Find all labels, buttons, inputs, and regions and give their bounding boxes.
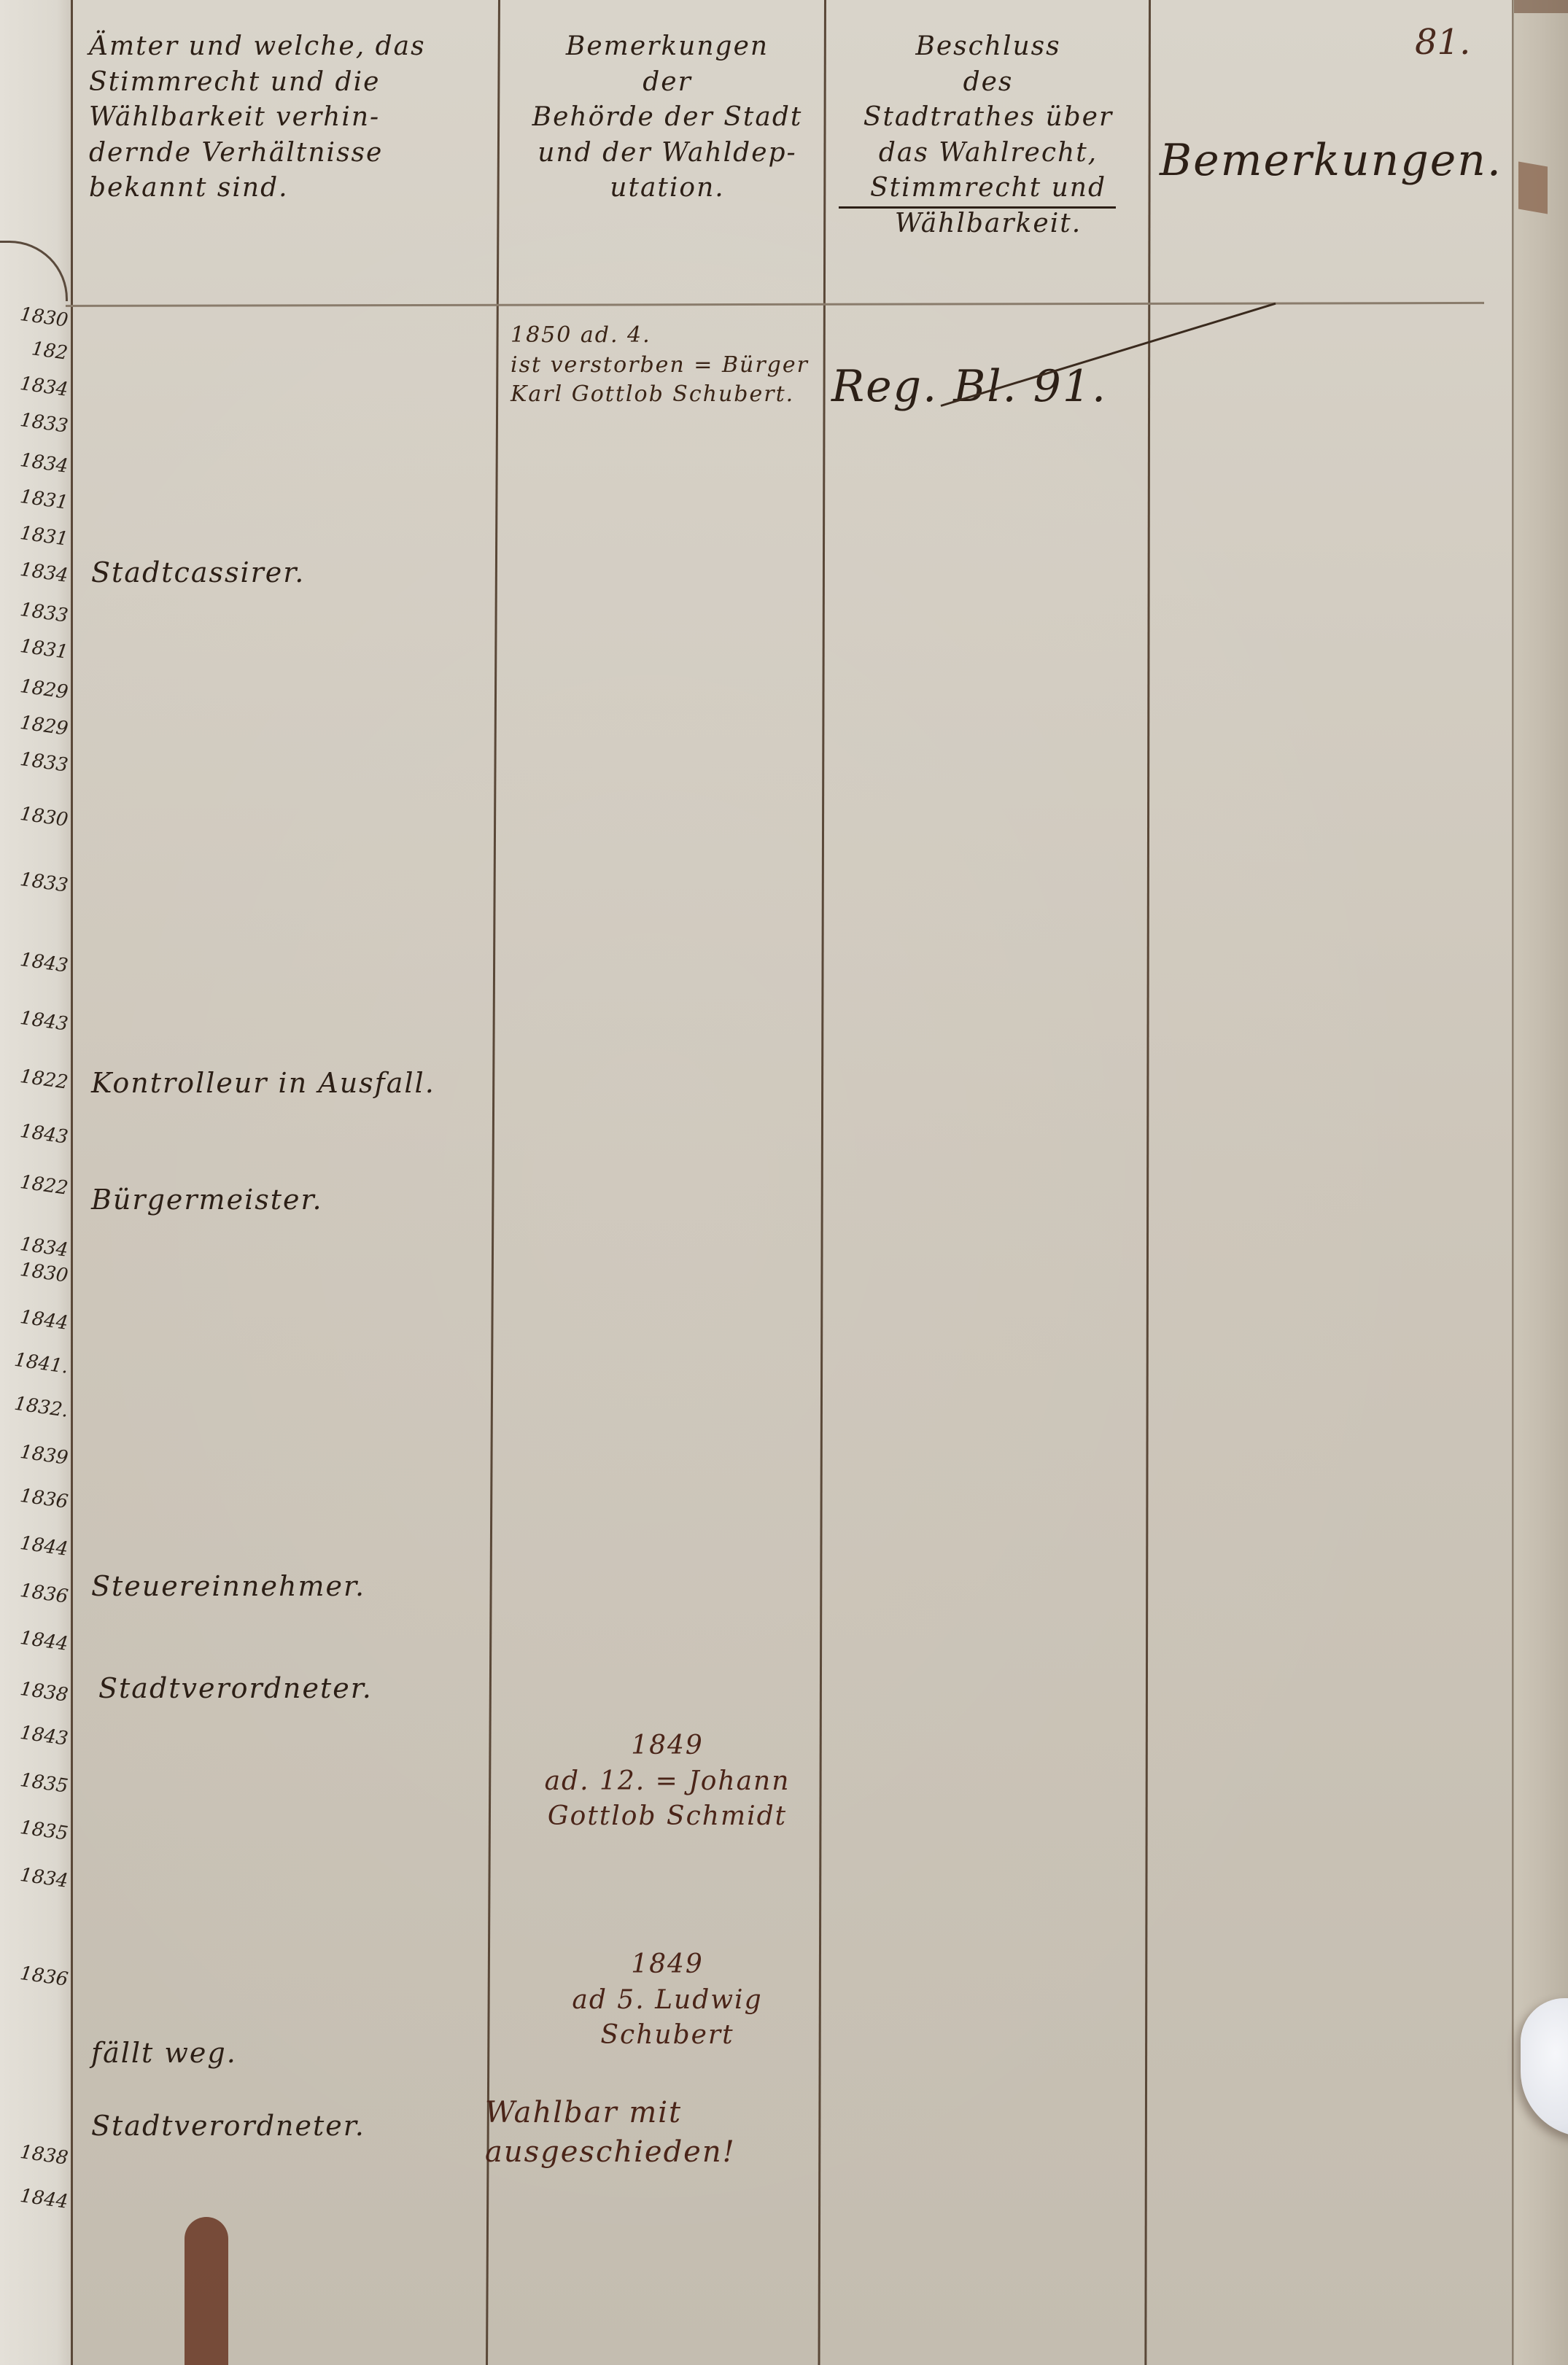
- column-header-council-decision: Beschluss des Stadtrathes über das Wahlr…: [831, 29, 1145, 242]
- margin-year: 1832.: [12, 1393, 69, 1422]
- authority-remark: 1849 ad. 12. = Johann Gottlob Schmidt: [511, 1728, 824, 1835]
- status-entry: Stadtverordneter.: [98, 1670, 373, 1707]
- margin-year: 1834: [18, 559, 69, 587]
- status-entry: fällt weg.: [91, 2035, 237, 2072]
- margin-year: 1844: [18, 1532, 69, 1561]
- margin-year: 1835: [18, 1769, 69, 1798]
- margin-year: 1831: [18, 486, 69, 514]
- column-header-remarks: Bemerkungen.: [1160, 131, 1466, 190]
- margin-year: 1831: [18, 635, 69, 664]
- ink-blot: [185, 2217, 228, 2365]
- paper-tab: [1518, 161, 1548, 214]
- margin-year: 1830: [18, 1259, 69, 1287]
- margin-year: 1834: [18, 1864, 69, 1892]
- margin-year: 1830: [18, 303, 69, 332]
- page-curl-line: [0, 241, 68, 301]
- margin-year: 1844: [18, 1627, 69, 1655]
- authority-remark: 1849 ad 5. Ludwig Schubert: [511, 1947, 824, 2054]
- margin-year: 1829: [18, 712, 69, 740]
- status-entry: Stadtcassirer.: [91, 554, 305, 591]
- margin-year: 1834: [18, 1233, 69, 1262]
- authority-remark: 1850 ad. 4. ist verstorben = Bürger Karl…: [511, 321, 824, 410]
- margin-year: 1844: [18, 2185, 69, 2213]
- margin-year: 1838: [18, 1678, 69, 1706]
- margin-year: 1841.: [12, 1349, 69, 1378]
- margin-year: 1834: [18, 449, 69, 478]
- margin-year: 1843: [18, 949, 69, 977]
- status-entry: Bürgermeister.: [91, 1181, 323, 1219]
- margin-year: 1831: [18, 522, 69, 551]
- authority-remark: Wahlbar mit ausgeschieden!: [485, 2093, 828, 2172]
- column-header-status: Ämter und welche, das Stimmrecht und die…: [89, 29, 497, 206]
- margin-year: 1836: [18, 1485, 69, 1513]
- margin-year: 1830: [18, 803, 69, 831]
- column-rule: [71, 0, 73, 2365]
- margin-year: 1822: [18, 1171, 69, 1200]
- council-decision: Reg. Bl. 91.: [831, 357, 1152, 416]
- status-entry: Kontrolleur in Ausfall.: [91, 1065, 435, 1102]
- margin-year: 1835: [18, 1817, 69, 1845]
- margin-year: 1836: [18, 1580, 69, 1608]
- adjacent-left-page: 1830 182 1834 1833 1834 1831 1831 1834 1…: [0, 0, 73, 2365]
- status-entry: Steuereinnehmer.: [91, 1568, 365, 1605]
- margin-year: 1833: [18, 409, 69, 438]
- margin-year: 1833: [18, 869, 69, 897]
- margin-year: 1843: [18, 1120, 69, 1149]
- document-photo: 1830 182 1834 1833 1834 1831 1831 1834 1…: [0, 0, 1568, 2365]
- margin-year: 1839: [18, 1441, 69, 1469]
- header-underline: [839, 206, 1116, 209]
- margin-year: 1833: [18, 748, 69, 777]
- margin-year: 1843: [18, 1722, 69, 1750]
- margin-year: 1834: [18, 373, 69, 401]
- margin-year: 1838: [18, 2141, 69, 2170]
- margin-year: 1829: [18, 675, 69, 704]
- margin-year: 1822: [18, 1065, 69, 1094]
- margin-year: 1836: [18, 1962, 69, 1991]
- margin-year: 1843: [18, 1007, 69, 1036]
- margin-year: 182: [31, 338, 69, 365]
- margin-year: 1844: [18, 1306, 69, 1335]
- binding-edge: [1514, 0, 1568, 13]
- status-entry: Stadtverordneter.: [91, 2108, 365, 2145]
- column-header-authority-remarks: Bemerkungen der Behörde der Stadt und de…: [511, 29, 824, 206]
- margin-year: 1833: [18, 599, 69, 627]
- page-number: 81.: [1415, 22, 1470, 63]
